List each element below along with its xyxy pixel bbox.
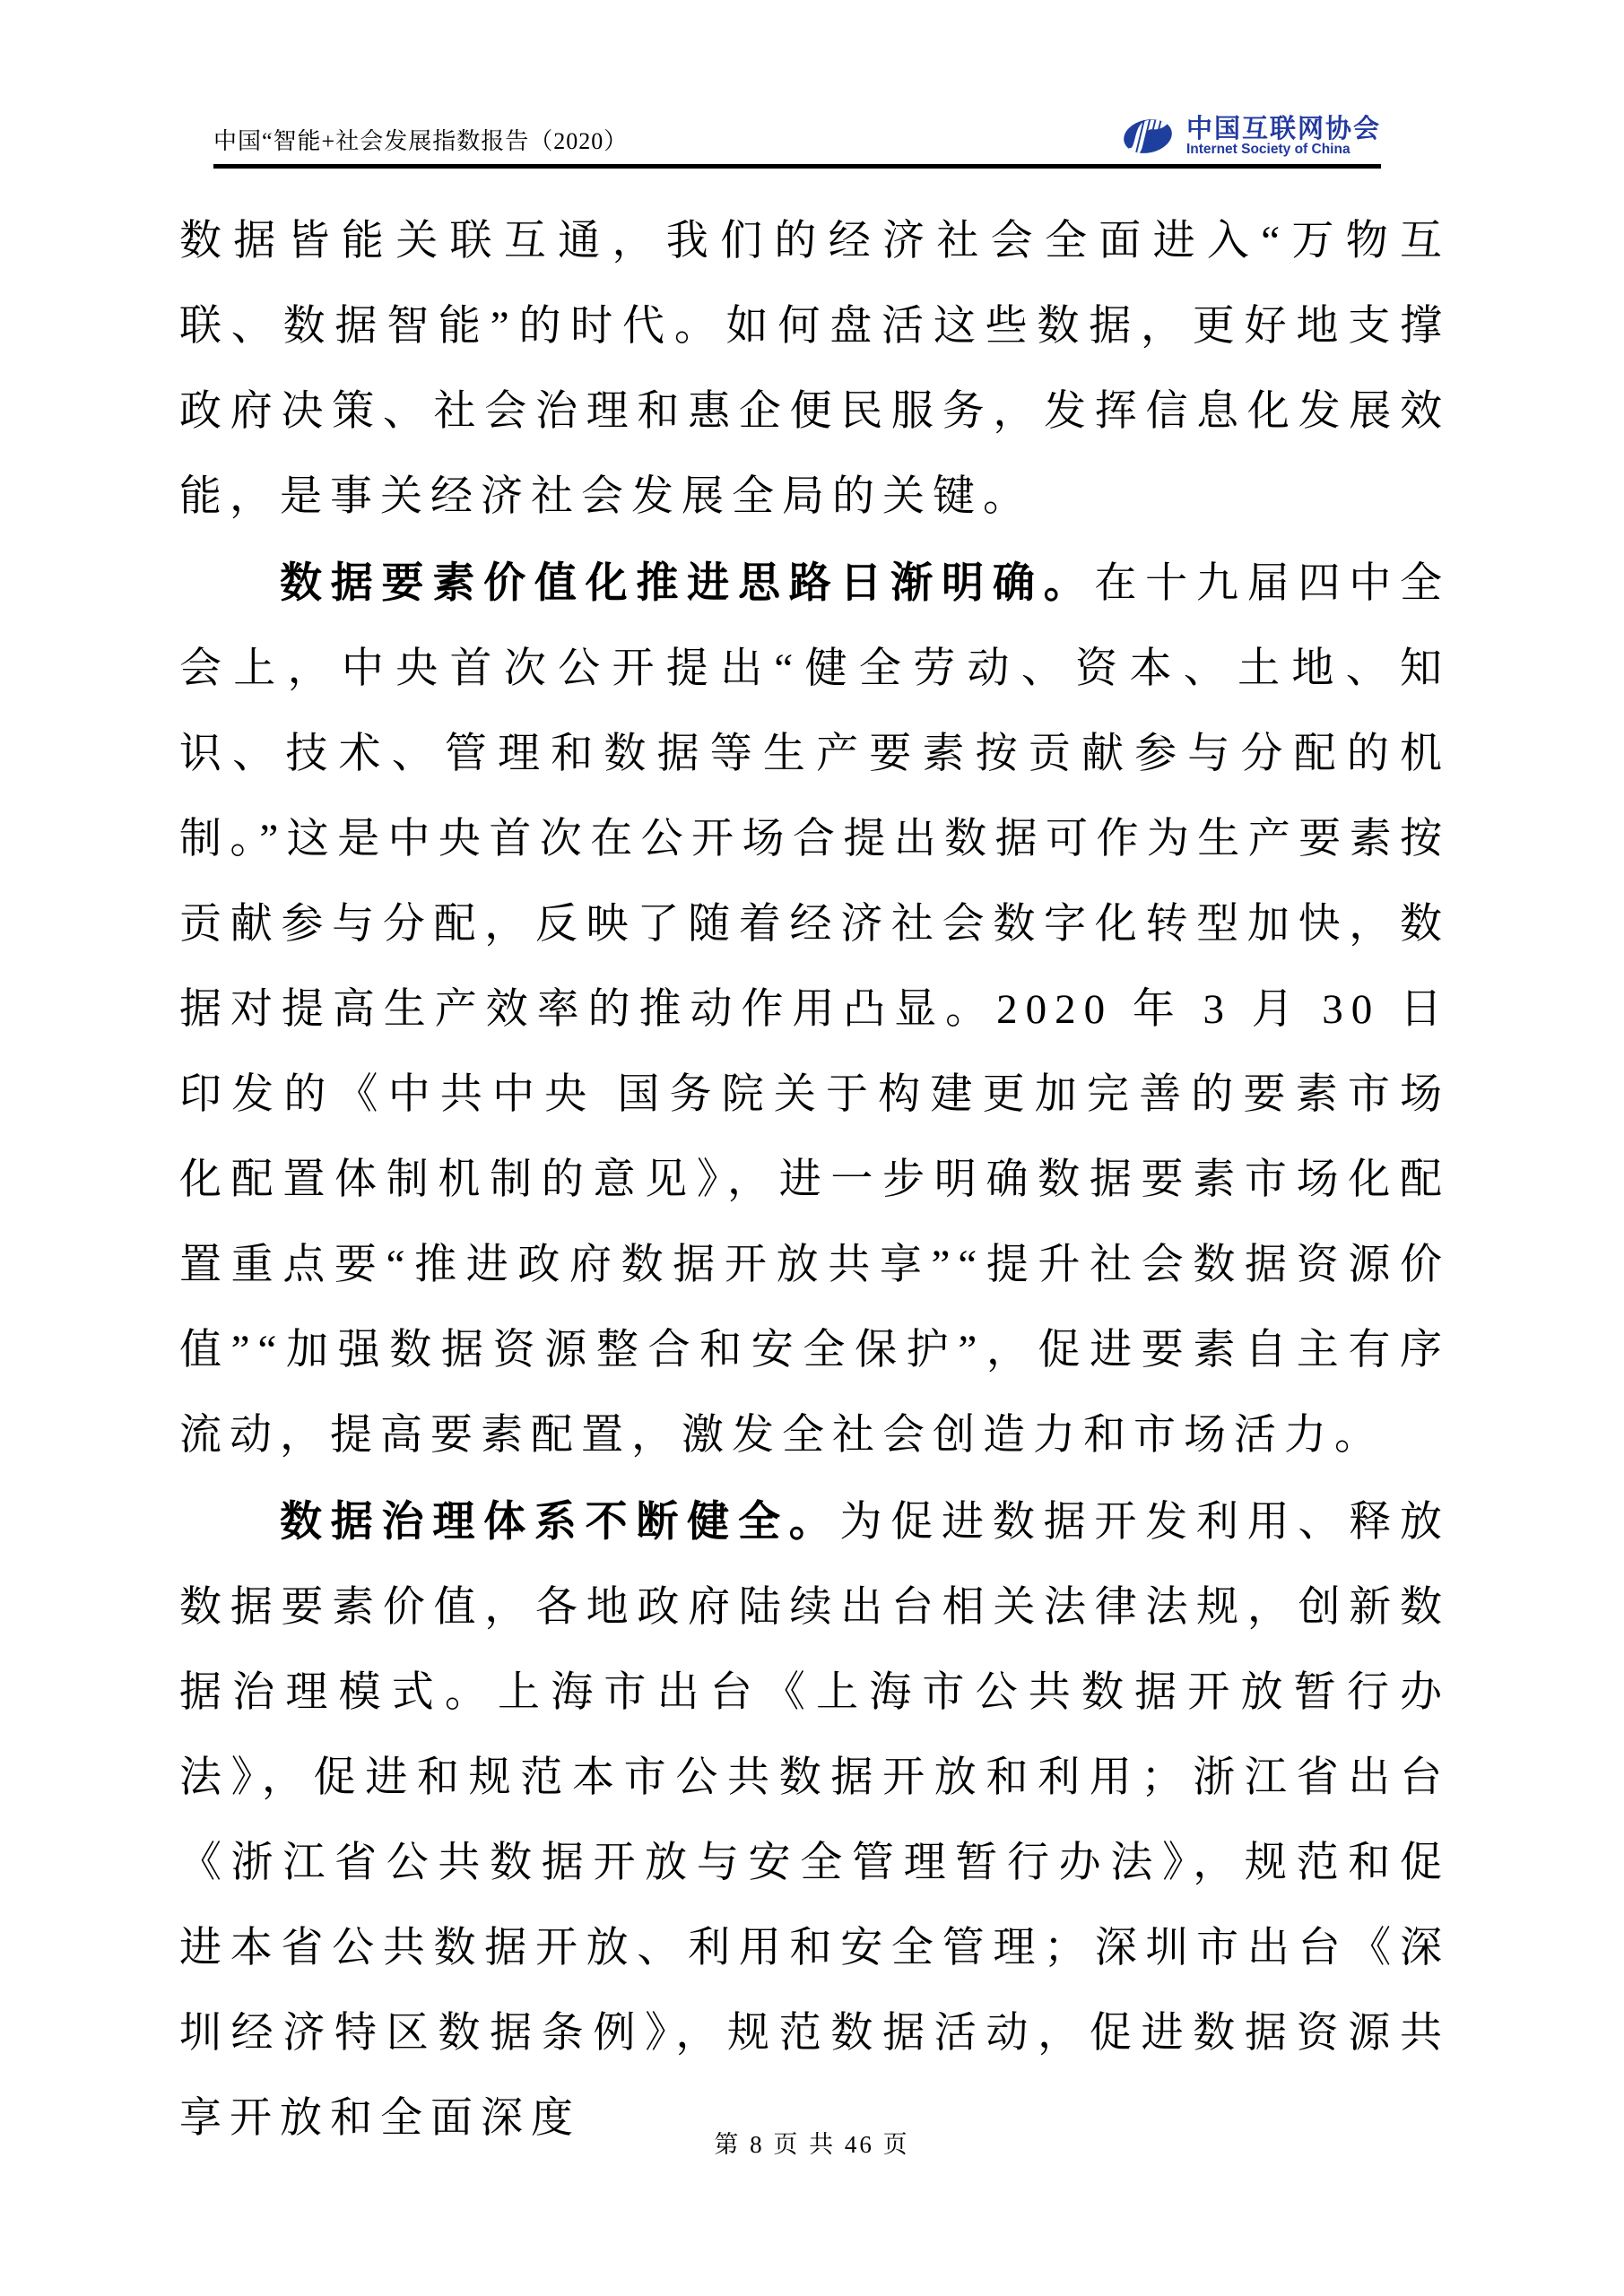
- doc-body: 数据皆能关联互通，我们的经济社会全面进入“万物互联、数据智能”的时代。如何盘活这…: [179, 199, 1450, 2162]
- paragraph-text: 在十九届四中全会上，中央首次公开提出“健全劳动、资本、土地、知识、技术、管理和数…: [179, 560, 1450, 1459]
- paragraph-data-governance: 数据治理体系不断健全。为促进数据开发利用、释放数据要素价值，各地政府陆续出台相关…: [179, 1478, 1450, 2162]
- isc-logo-en-label: Internet Society of China: [1186, 143, 1381, 157]
- report-page: { "header": { "title": "中国“智能+社会发展指数报告（2…: [0, 0, 1624, 2296]
- paragraph-data-factor: 数据要素价值化推进思路日渐明确。在十九届四中全会上，中央首次公开提出“健全劳动、…: [179, 540, 1450, 1478]
- isc-globe-icon: [1120, 115, 1176, 158]
- page-number-label: 第 8 页 共 46 页: [714, 2131, 909, 2158]
- paragraph-lead-bold: 数据要素价值化推进思路日渐明确。: [280, 559, 1094, 606]
- doc-header: 中国“智能+社会发展指数报告（2020）: [213, 115, 1381, 169]
- isc-logo-cn-label: 中国互联网协会: [1186, 116, 1381, 143]
- page-footer: 第 8 页 共 46 页: [0, 2125, 1624, 2160]
- isc-logo: 中国互联网协会 Internet Society of China: [1120, 115, 1381, 158]
- paragraph-lead-bold: 数据治理体系不断健全。: [280, 1497, 840, 1545]
- paragraph-text: 数据皆能关联互通，我们的经济社会全面进入“万物互联、数据智能”的时代。如何盘活这…: [179, 218, 1450, 520]
- paragraph-continuation: 数据皆能关联互通，我们的经济社会全面进入“万物互联、数据智能”的时代。如何盘活这…: [179, 199, 1450, 540]
- paragraph-text: 为促进数据开发利用、释放数据要素价值，各地政府陆续出台相关法律法规，创新数据治理…: [179, 1499, 1450, 2142]
- page-header-title: 中国“智能+社会发展指数报告（2020）: [213, 123, 628, 158]
- isc-logo-text: 中国互联网协会 Internet Society of China: [1186, 116, 1381, 158]
